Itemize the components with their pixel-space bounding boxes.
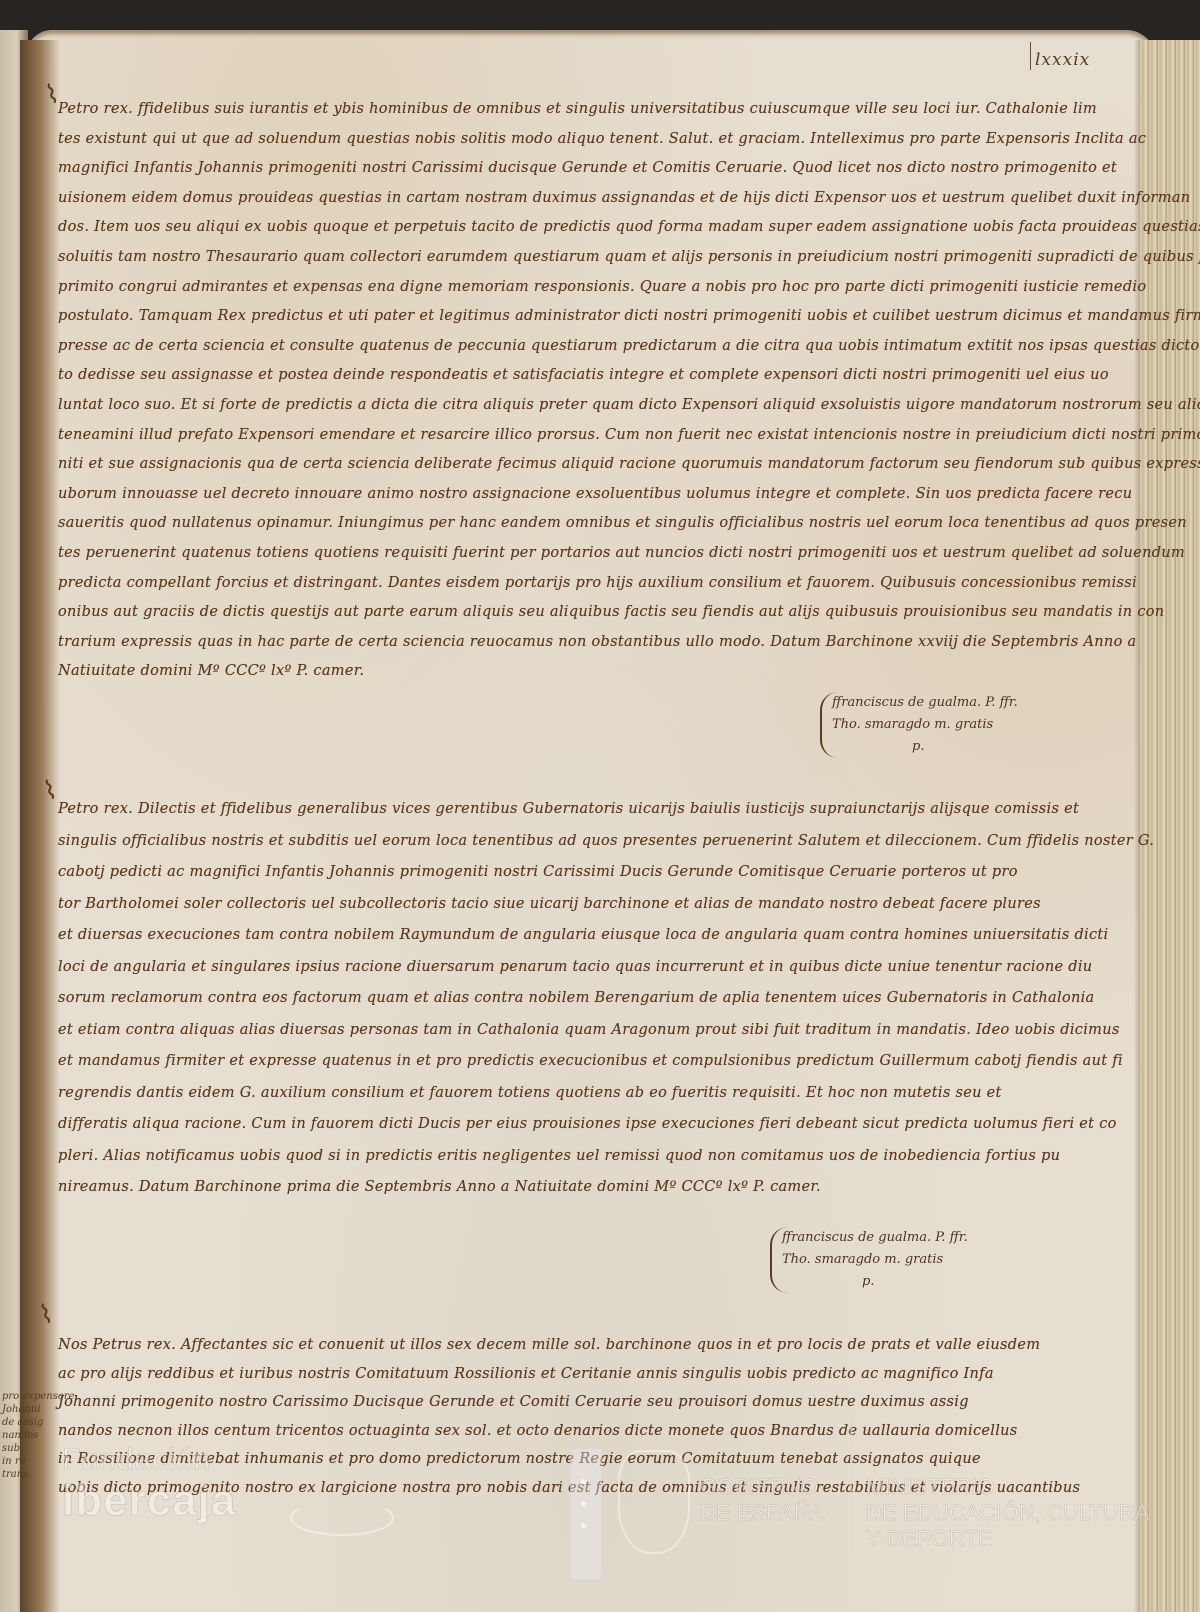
text-line: postulato. Tamquam Rex predictus et uti … bbox=[58, 302, 1058, 332]
text-line: Petro rex. ffidelibus suis iurantis et y… bbox=[58, 95, 1058, 125]
spain-coat-of-arms-icon bbox=[618, 1450, 690, 1554]
margin-note-line: pro expensore bbox=[2, 1390, 75, 1403]
text-line: dos. Item uos seu aliqui ex uobis quoque… bbox=[58, 213, 1058, 243]
text-line: Johanni primogenito nostro Carissimo Duc… bbox=[58, 1388, 1058, 1417]
text-line: to dedisse seu assignasse et postea dein… bbox=[58, 361, 1058, 391]
text-line: teneamini illud prefato Expensori emenda… bbox=[58, 421, 1058, 451]
text-line: singulis officialibus nostris et subditi… bbox=[58, 826, 1058, 858]
text-line: trarium expressis quas in hac parte de c… bbox=[58, 628, 1058, 658]
text-line: pleri. Alias notificamus uobis quod si i… bbox=[58, 1141, 1058, 1173]
signature-mark: p. bbox=[832, 736, 1018, 758]
text-line: soluitis tam nostro Thesaurario quam col… bbox=[58, 243, 1058, 273]
star-icon: ★ bbox=[579, 1521, 588, 1532]
margin-note-line: trans. bbox=[2, 1468, 75, 1481]
text-line: magnifici Infantis Johannis primogeniti … bbox=[58, 154, 1058, 184]
paragraph-2: Petro rex. Dilectis et ffidelibus genera… bbox=[58, 794, 1058, 1204]
signature-mark: p. bbox=[782, 1271, 968, 1293]
text-line: saueritis quod nullatenus opinamur. Iniu… bbox=[58, 509, 1058, 539]
signature-line: ffranciscus de gualma. P. ffr. bbox=[832, 692, 1018, 714]
text-line: onibus aut graciis de dictis questijs au… bbox=[58, 598, 1058, 628]
text-line: et mandamus firmiter et expresse quatenu… bbox=[58, 1046, 1058, 1078]
margin-note-line: nandos bbox=[2, 1429, 75, 1442]
margin-note-line: de assig bbox=[2, 1416, 75, 1429]
page-stack-edges bbox=[1140, 40, 1200, 1612]
text-line: primito congrui admirantes et expensas e… bbox=[58, 273, 1058, 303]
text-line: predicta compellant forcius et distringa… bbox=[58, 569, 1058, 599]
text-line: nandos necnon illos centum tricentos oct… bbox=[58, 1417, 1058, 1446]
paragraph-3: Nos Petrus rex. Affectantes sic et conue… bbox=[58, 1331, 1058, 1502]
text-line: niti et sue assignacionis qua de certa s… bbox=[58, 450, 1058, 480]
text-line: sorum reclamorum contra eos factorum qua… bbox=[58, 983, 1058, 1015]
text-line: uobis dicto primogenito nostro ex largic… bbox=[58, 1474, 1058, 1503]
text-line: et diuersas execuciones tam contra nobil… bbox=[58, 920, 1058, 952]
text-line: et etiam contra aliquas alias diuersas p… bbox=[58, 1015, 1058, 1047]
text-line: Nos Petrus rex. Affectantes sic et conue… bbox=[58, 1331, 1058, 1360]
text-line: nireamus. Datum Barchinone prima die Sep… bbox=[58, 1172, 1058, 1204]
text-line: tes peruenerint quatenus totiens quotien… bbox=[58, 539, 1058, 569]
ibercaja-logo-icon bbox=[290, 1500, 394, 1536]
text-line: in Rossilione dimittebat inhumanis et pr… bbox=[58, 1445, 1058, 1474]
star-icon: ★ bbox=[579, 1499, 588, 1510]
folio-number: lxxxix bbox=[1030, 42, 1090, 70]
text-line: tes existunt qui ut que ad soluendum que… bbox=[58, 125, 1058, 155]
text-line: luntat loco suo. Et si forte de predicti… bbox=[58, 391, 1058, 421]
text-line: cabotj pedicti ac magnifici Infantis Joh… bbox=[58, 857, 1058, 889]
text-line: Natiuitate domini Mº CCCº lxº P. camer. bbox=[58, 657, 1058, 687]
text-line: differatis aliqua racione. Cum in fauore… bbox=[58, 1109, 1058, 1141]
signature-block: ffranciscus de gualma. P. ffr. Tho. smar… bbox=[820, 692, 1018, 758]
margin-note-line: Johanni bbox=[2, 1403, 75, 1416]
text-line: Petro rex. Dilectis et ffidelibus genera… bbox=[58, 794, 1058, 826]
signature-block: ffranciscus de gualma. P. ffr. Tho. smar… bbox=[770, 1227, 968, 1293]
text-line: loci de angularia et singulares ipsius r… bbox=[58, 952, 1058, 984]
text-line: tor Bartholomei soler collectoris uel su… bbox=[58, 889, 1058, 921]
signature-line: Tho. smaragdo m. gratis bbox=[832, 714, 1018, 736]
signature-line: Tho. smaragdo m. gratis bbox=[782, 1249, 968, 1271]
margin-note: pro expensore Johanni de assig nandos su… bbox=[2, 1390, 75, 1481]
text-line: uisionem eidem domus prouideas questias … bbox=[58, 184, 1058, 214]
eu-flag-icon: ★ ★ ★ bbox=[570, 1448, 602, 1580]
margin-note-line: in re bbox=[2, 1455, 75, 1468]
star-icon: ★ bbox=[579, 1477, 588, 1488]
signature-line: ffranciscus de gualma. P. ffr. bbox=[782, 1227, 968, 1249]
text-line: ac pro alijs reddibus et iuribus nostris… bbox=[58, 1360, 1058, 1389]
text-line: regrendis dantis eidem G. auxilium consi… bbox=[58, 1078, 1058, 1110]
text-line: presse ac de certa sciencia et consulte … bbox=[58, 332, 1058, 362]
paragraph-1: Petro rex. ffidelibus suis iurantis et y… bbox=[58, 95, 1058, 687]
text-line: uborum innouasse uel decreto innouare an… bbox=[58, 480, 1058, 510]
binding-gutter bbox=[20, 40, 60, 1612]
margin-note-line: sub bbox=[2, 1442, 75, 1455]
watermark-divider bbox=[850, 1420, 852, 1550]
